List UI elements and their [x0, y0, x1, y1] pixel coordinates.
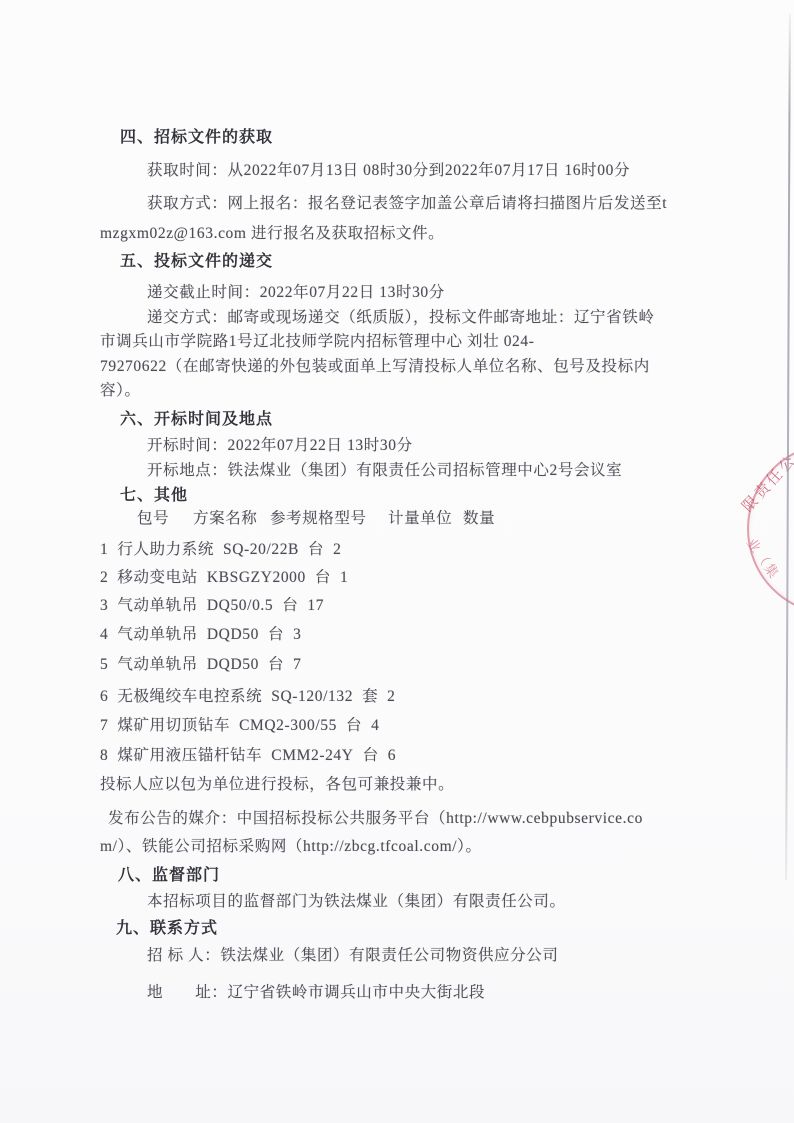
col-header-quantity: 数量 — [463, 506, 495, 528]
package-row-6: 6无极绳绞车电控系统SQ-120/132套2 — [100, 684, 405, 706]
opening-time-line: 开标时间：2022年07月22日 13时30分 — [147, 433, 413, 455]
acquisition-method-line-2: mzgxm02z@163.com 进行报名及获取招标文件。 — [100, 221, 444, 243]
submission-method-line-2: 市调兵山市学院路1号辽北技师学院内招标管理中心 刘壮 024- — [100, 329, 535, 351]
bidding-note-line: 投标人应以包为单位进行投标，各包可兼投兼中。 — [100, 772, 454, 794]
contact-tenderee-line: 招 标 人：铁法煤业（集团）有限责任公司物资供应分公司 — [147, 943, 558, 965]
col-header-spec-model: 参考规格型号 — [270, 506, 367, 528]
supervision-body-line: 本招标项目的监督部门为铁法煤业（集团）有限责任公司。 — [147, 889, 566, 911]
announcement-media-line-1: 发布公告的媒介：中国招标投标公共服务平台（http://www.cebpubse… — [108, 806, 643, 828]
submission-deadline-line: 递交截止时间：2022年07月22日 13时30分 — [147, 280, 445, 302]
package-row-1: 1行人助力系统SQ-20/22B台2 — [100, 537, 350, 559]
col-header-scheme-name: 方案名称 — [193, 506, 257, 528]
package-row-7: 7煤矿用切顶钻车CMQ2-300/55台4 — [100, 713, 388, 735]
col-header-package-no: 包号 — [137, 506, 169, 528]
section-6-heading: 六、开标时间及地点 — [120, 406, 273, 429]
acquisition-method-line-1: 获取方式：网上报名：报名登记表签字加盖公章后请将扫描图片后发送至t — [147, 191, 667, 213]
contact-address-line: 地 址：辽宁省铁岭市调兵山市中央大街北段 — [147, 980, 485, 1002]
document-page: 四、招标文件的获取 获取时间：从2022年07月13日 08时30分到2022年… — [0, 0, 794, 1123]
package-row-2: 2移动变电站KBSGZY2000台1 — [100, 565, 357, 587]
package-row-3: 3气动单轨吊DQ50/0.5台17 — [100, 593, 333, 615]
announcement-media-line-2: m/）、铁能公司招标采购网（http://zbcg.tfcoal.com/）。 — [100, 834, 482, 856]
section-9-heading: 九、联系方式 — [116, 915, 218, 938]
package-row-4: 4气动单轨吊DQD50台3 — [100, 622, 310, 644]
section-5-heading: 五、投标文件的递交 — [120, 248, 273, 271]
section-7-heading: 七、其他 — [120, 482, 188, 505]
submission-method-line-4: 容）。 — [100, 378, 141, 400]
submission-method-line-1: 递交方式：邮寄或现场递交（纸质版），投标文件邮寄地址：辽宁省铁岭 — [147, 305, 654, 327]
section-4-heading: 四、招标文件的获取 — [120, 124, 273, 147]
opening-place-line: 开标地点：铁法煤业（集团）有限责任公司招标管理中心2号会议室 — [147, 458, 622, 480]
col-header-unit: 计量单位 — [388, 506, 452, 528]
acquisition-time-line: 获取时间：从2022年07月13日 08时30分到2022年07月17日 16时… — [147, 158, 630, 180]
section-8-heading: 八、监督部门 — [118, 862, 220, 885]
package-row-8: 8煤矿用液压锚杆钻车CMM2-24Y台6 — [100, 743, 405, 765]
scan-page-edge-line — [785, 14, 791, 880]
submission-method-line-3: 79270622（在邮寄快递的外包装或面单上写清投标人单位名称、包号及投标内 — [100, 354, 650, 376]
package-row-5: 5气动单轨吊DQD50台7 — [100, 652, 310, 674]
